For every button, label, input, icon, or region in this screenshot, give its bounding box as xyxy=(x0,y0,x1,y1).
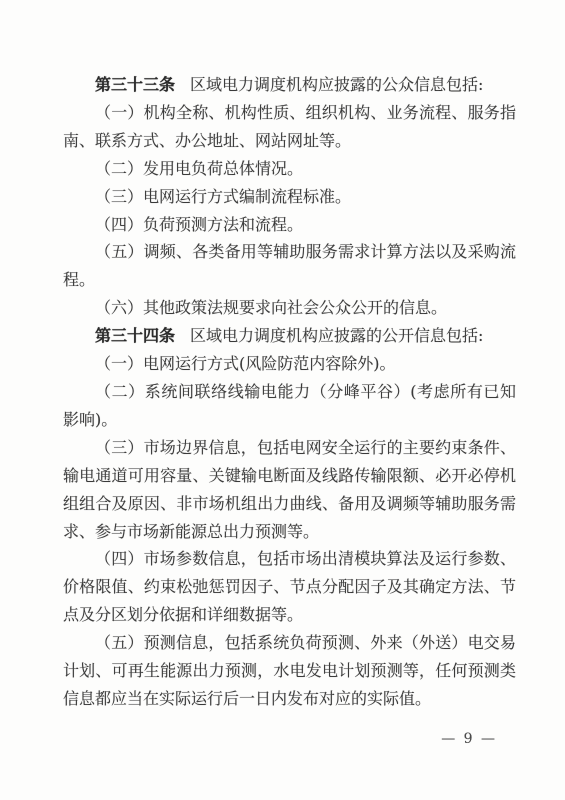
clause-34-5: （五）预测信息，包括系统负荷预测、外来（外送）电交易计划、可再生能源出力预测，水… xyxy=(63,629,516,713)
page-number: — 9 — xyxy=(441,731,497,747)
clause-33-6: （六）其他政策法规要求向社会公众公开的信息。 xyxy=(63,294,516,322)
clause-33-3: （三）电网运行方式编制流程标准。 xyxy=(63,183,516,211)
clause-33-2: （二）发用电负荷总体情况。 xyxy=(63,155,516,183)
article-33-number: 第三十三条 xyxy=(95,75,175,94)
article-33-heading: 第三十三条区域电力调度机构应披露的公众信息包括: xyxy=(63,71,516,99)
clause-33-1: （一）机构全称、机构性质、组织机构、业务流程、服务指南、联系方式、办公地址、网站… xyxy=(63,99,516,155)
document-body: 第三十三条区域电力调度机构应披露的公众信息包括: （一）机构全称、机构性质、组织… xyxy=(63,71,516,713)
clause-33-4: （四）负荷预测方法和流程。 xyxy=(63,211,516,239)
article-34-heading: 第三十四条区域电力调度机构应披露的公开信息包括: xyxy=(63,322,516,350)
clause-34-2: （二）系统间联络线输电能力（分峰平谷）(考虑所有已知影响)。 xyxy=(63,378,516,434)
clause-34-3: （三）市场边界信息，包括电网安全运行的主要约束条件、输电通道可用容量、关键输电断… xyxy=(63,434,516,546)
article-34-heading-text: 区域电力调度机构应披露的公开信息包括: xyxy=(190,326,483,345)
clause-34-1: （一）电网运行方式(风险防范内容除外)。 xyxy=(63,350,516,378)
article-34-number: 第三十四条 xyxy=(95,326,175,345)
clause-34-4: （四）市场参数信息，包括市场出清模块算法及运行参数、价格限值、约束松弛惩罚因子、… xyxy=(63,545,516,629)
clause-33-5: （五）调频、各类备用等辅助服务需求计算方法以及采购流程。 xyxy=(63,238,516,294)
scanned-document-page: 第三十三条区域电力调度机构应披露的公众信息包括: （一）机构全称、机构性质、组织… xyxy=(0,0,565,800)
article-33-heading-text: 区域电力调度机构应披露的公众信息包括: xyxy=(190,75,483,94)
